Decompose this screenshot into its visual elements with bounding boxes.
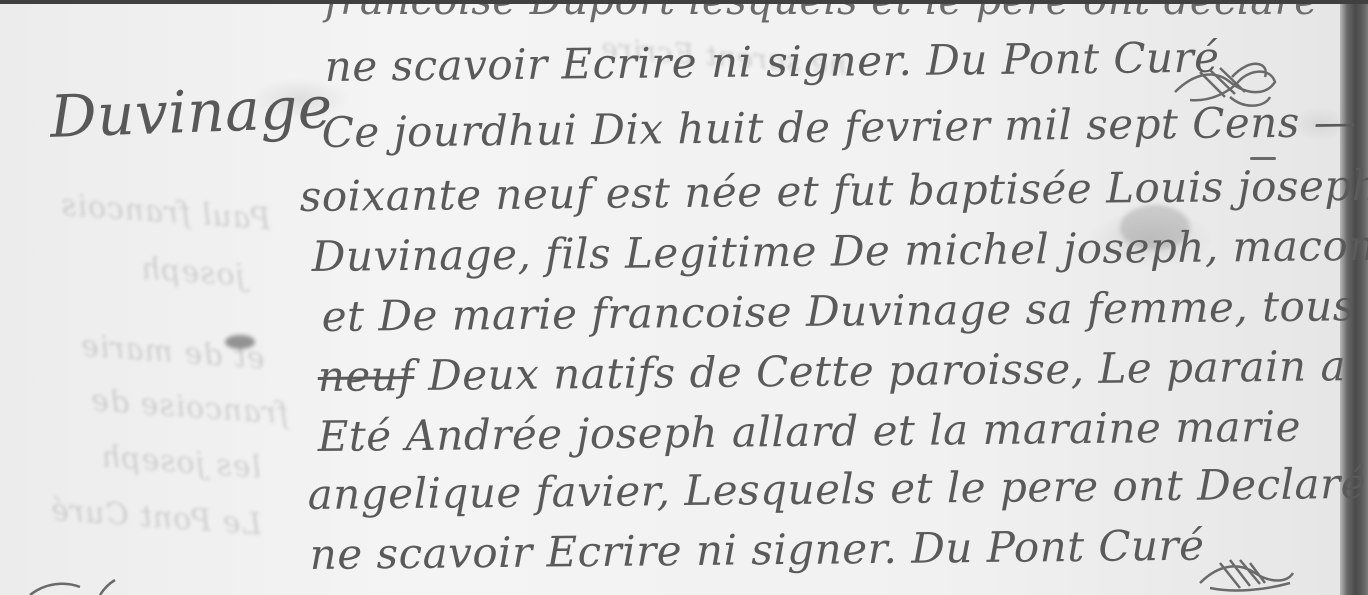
entry-line-8: ne scavoir Ecrire ni signer. Du Pont Cur… bbox=[309, 521, 1204, 579]
entry-line-6: Eté Andrée joseph allard et la maraine m… bbox=[317, 402, 1301, 461]
entry-line-5-rest: Deux natifs de Cette paroisse, Le parain… bbox=[428, 341, 1346, 400]
line-filler-dash bbox=[1250, 157, 1276, 160]
scan-top-edge bbox=[0, 0, 1368, 4]
margin-surname: Duvinage bbox=[49, 73, 334, 151]
signature-paraph-flourish bbox=[1195, 548, 1295, 595]
struck-word: neuf bbox=[317, 351, 414, 401]
previous-entry-closing-line: ne scavoir Ecrire ni signer. Du Pont Cur… bbox=[324, 33, 1219, 91]
next-entry-margin-fragment bbox=[20, 575, 140, 595]
document-scan: Paul francois joseph et de marie francoi… bbox=[0, 0, 1368, 595]
ink-blot bbox=[225, 335, 255, 349]
